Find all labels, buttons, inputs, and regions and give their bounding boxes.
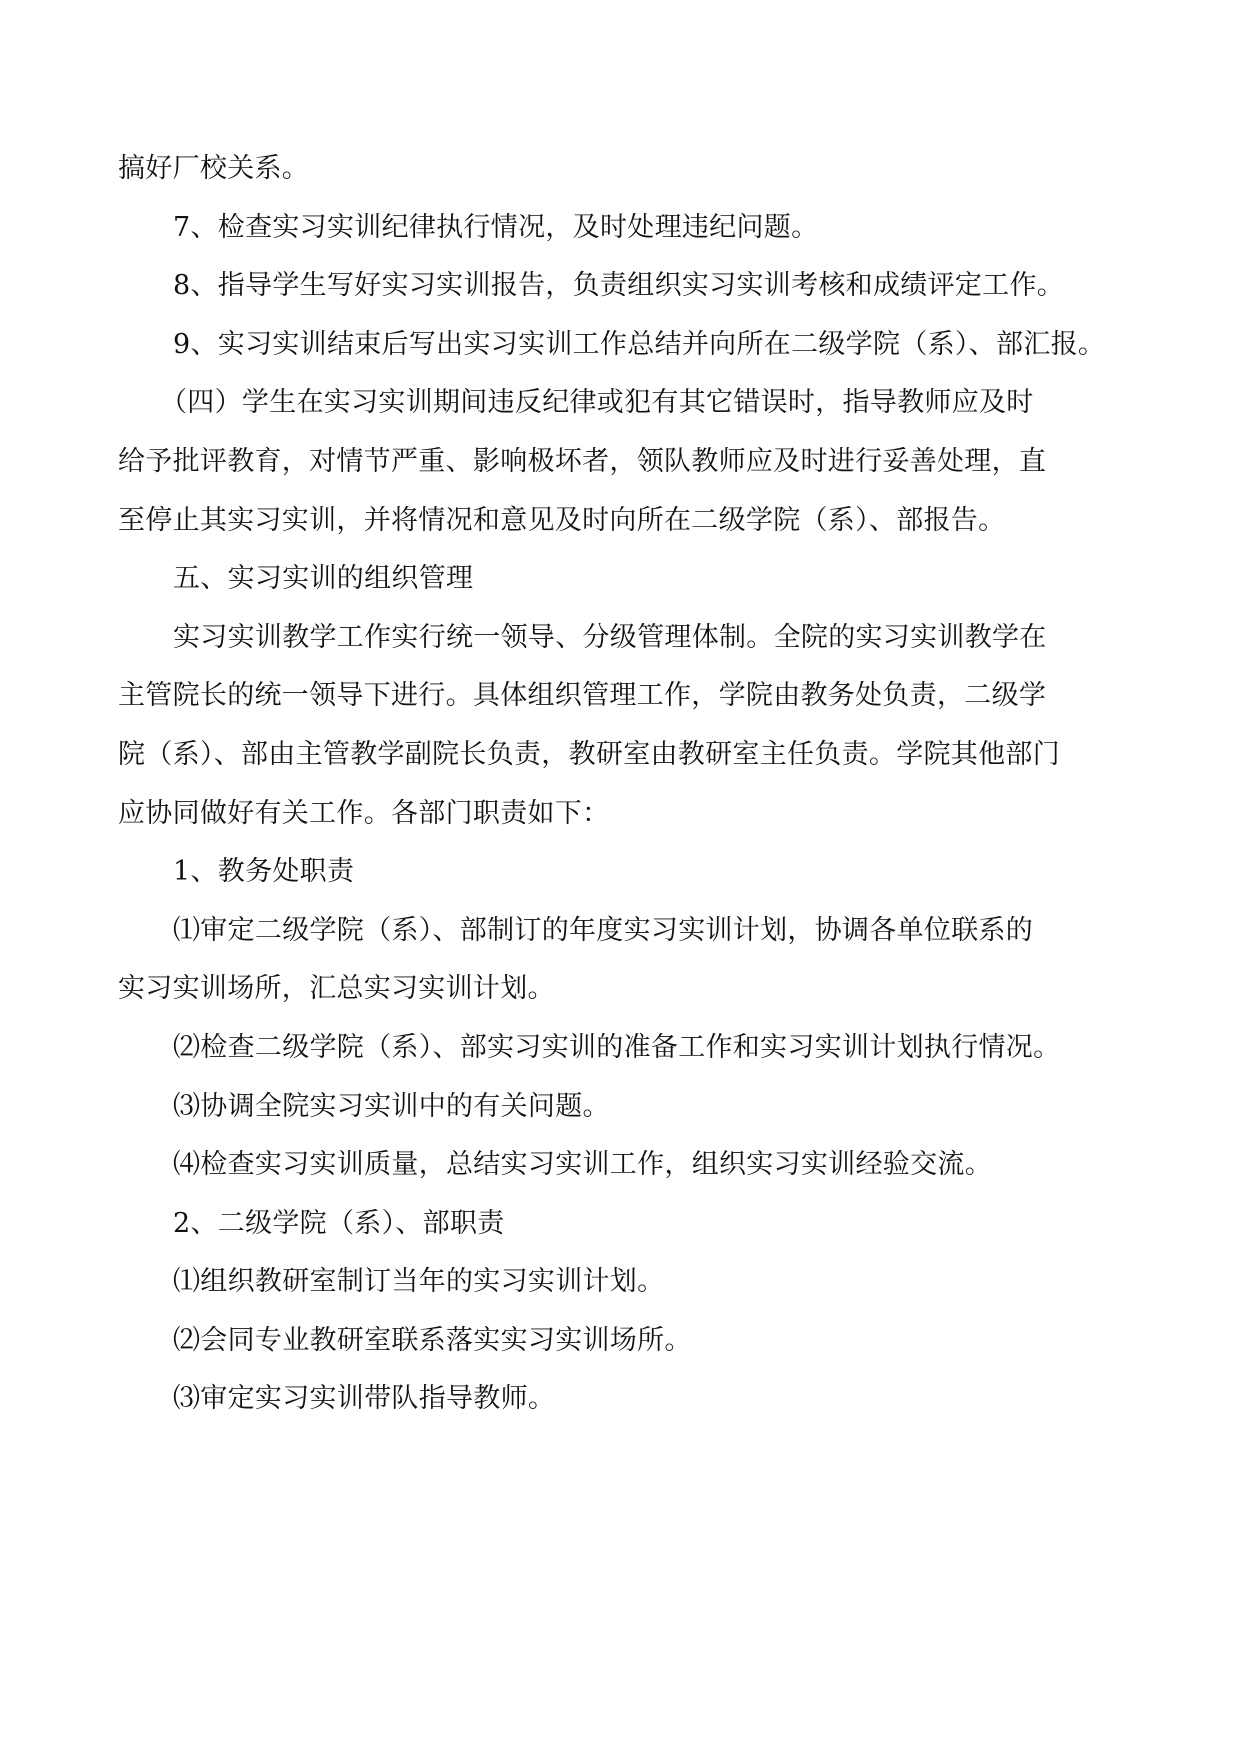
list-item-9: 9、实习实训结束后写出实习实训工作总结并向所在二级学院（系）、部汇报。 [118,316,1128,375]
list-item-2: ⑵检查二级学院（系）、部实习实训的准备工作和实习实训计划执行情况。 [118,1019,1128,1078]
document-page: 搞好厂校关系。 7、检查实习实训纪律执行情况，及时处理违纪问题。 8、指导学生写… [118,140,1128,1429]
subheading-academic-affairs: 1、教务处职责 [118,843,1128,902]
list-item-4: ⑷检查实习实训质量，总结实习实训工作，组织实习实训经验交流。 [118,1136,1128,1195]
list-item-1: ⑴组织教研室制订当年的实习实训计划。 [118,1253,1128,1312]
paragraph-line: 搞好厂校关系。 [118,140,1128,199]
paragraph-line: 应协同做好有关工作。各部门职责如下： [118,785,1128,844]
list-item-2: ⑵会同专业教研室联系落实实习实训场所。 [118,1312,1128,1371]
section-four-paragraph: （四）学生在实习实训期间违反纪律或犯有其它错误时，指导教师应及时 [118,374,1128,433]
list-item-1: ⑴审定二级学院（系）、部制订的年度实习实训计划，协调各单位联系的 [118,902,1128,961]
paragraph-line: 院（系）、部由主管教学副院长负责，教研室由教研室主任负责。学院其他部门 [118,726,1128,785]
paragraph-line: 至停止其实习实训，并将情况和意见及时向所在二级学院（系）、部报告。 [118,492,1128,551]
section-heading-five: 五、实习实训的组织管理 [118,550,1128,609]
list-item-8: 8、指导学生写好实习实训报告，负责组织实习实训考核和成绩评定工作。 [118,257,1128,316]
list-item-3: ⑶协调全院实习实训中的有关问题。 [118,1078,1128,1137]
subheading-secondary-college: 2、二级学院（系）、部职责 [118,1195,1128,1254]
list-item-3: ⑶审定实习实训带队指导教师。 [118,1370,1128,1429]
paragraph-line: 主管院长的统一领导下进行。具体组织管理工作，学院由教务处负责，二级学 [118,667,1128,726]
paragraph-line: 给予批评教育，对情节严重、影响极坏者，领队教师应及时进行妥善处理，直 [118,433,1128,492]
list-item-7: 7、检查实习实训纪律执行情况，及时处理违纪问题。 [118,199,1128,258]
paragraph-line: 实习实训场所，汇总实习实训计划。 [118,960,1128,1019]
paragraph-line: 实习实训教学工作实行统一领导、分级管理体制。全院的实习实训教学在 [118,609,1128,668]
